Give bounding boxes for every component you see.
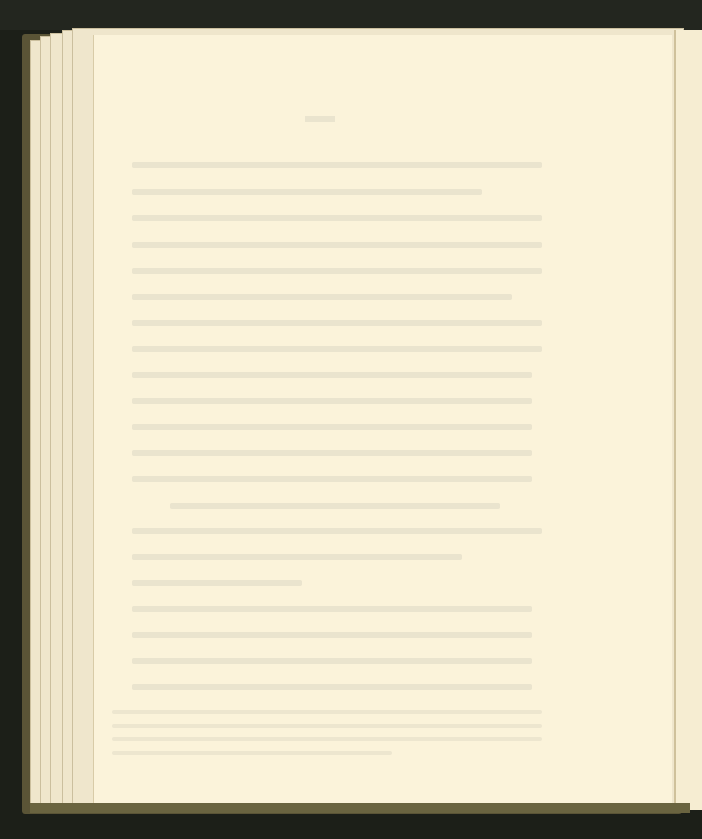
show-through-line <box>132 658 532 664</box>
show-through-line <box>132 424 532 430</box>
show-through-line <box>132 294 512 300</box>
scan-background-top <box>0 0 702 30</box>
show-through-footnote <box>112 710 542 714</box>
show-through-line <box>132 554 462 560</box>
show-through-line <box>132 189 482 195</box>
show-through-page-number <box>305 116 335 122</box>
show-through-line <box>132 398 532 404</box>
show-through-line <box>170 503 500 509</box>
show-through-footnote <box>112 724 542 728</box>
show-through-line <box>132 268 542 274</box>
show-through-line <box>132 320 542 326</box>
show-through-line <box>132 215 542 221</box>
show-through-line <box>132 450 532 456</box>
show-through-footnote <box>112 751 392 755</box>
book-bottom-edge <box>30 803 690 813</box>
facing-page-edge <box>674 30 702 810</box>
show-through-line <box>132 242 542 248</box>
show-through-line <box>132 528 542 534</box>
show-through-line <box>132 476 532 482</box>
show-through-line <box>132 162 542 168</box>
show-through-line <box>132 606 532 612</box>
show-through-line <box>132 684 532 690</box>
show-through-line <box>132 580 302 586</box>
show-through-line <box>132 346 542 352</box>
show-through-line <box>132 372 532 378</box>
show-through-footnote <box>112 737 542 741</box>
show-through-line <box>132 632 532 638</box>
